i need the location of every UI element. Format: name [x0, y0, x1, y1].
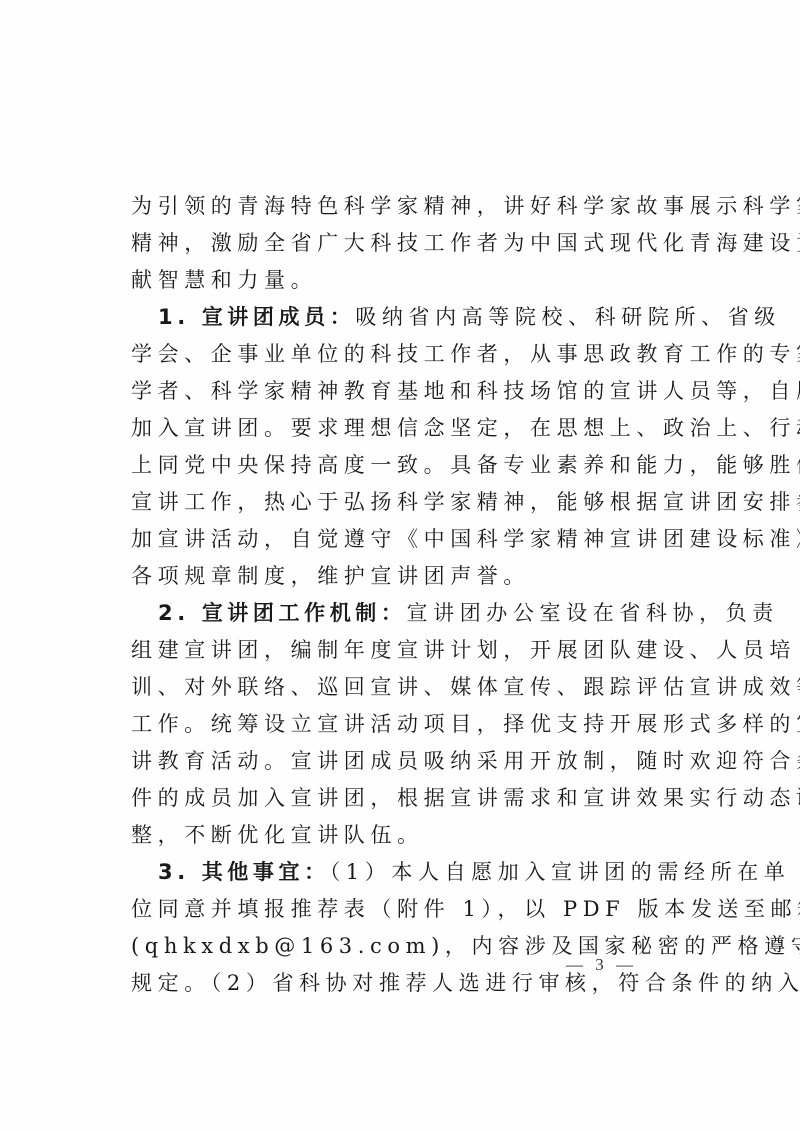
paragraph-section-3: 3. 其他事宜：（1）本人自愿加入宣讲团的需经所在单 位同意并填报推荐表（附件 … — [131, 854, 651, 1002]
text-line: 组建宣讲团，编制年度宣讲计划，开展团队建设、人员培 — [131, 632, 651, 669]
text-line: 学会、企事业单位的科技工作者，从事思政教育工作的专家 — [131, 336, 651, 373]
text-line: 学者、科学家精神教育基地和科技场馆的宣讲人员等，自愿 — [131, 373, 651, 410]
text-line-with-heading: 2. 宣讲团工作机制：宣讲团办公室设在省科协，负责 — [131, 595, 651, 632]
text-line: 宣讲工作，热心于弘扬科学家精神，能够根据宣讲团安排参 — [131, 484, 651, 521]
text-line: 工作。统筹设立宣讲活动项目，择优支持开展形式多样的宣 — [131, 706, 651, 743]
text-line: 整，不断优化宣讲队伍。 — [131, 817, 651, 854]
text-line-with-heading: 1. 宣讲团成员：吸纳省内高等院校、科研院所、省级 — [131, 299, 651, 336]
text-line: 为引领的青海特色科学家精神，讲好科学家故事展示科学家 — [131, 188, 651, 225]
document-body: 为引领的青海特色科学家精神，讲好科学家故事展示科学家 精神，激励全省广大科技工作… — [131, 188, 651, 1002]
text-run: （1）本人自愿加入宣讲团的需经所在单 — [330, 860, 791, 884]
section-heading: 1. 宣讲团成员： — [158, 305, 355, 329]
paragraph-intro-continuation: 为引领的青海特色科学家精神，讲好科学家故事展示科学家 精神，激励全省广大科技工作… — [131, 188, 651, 299]
text-line: 位同意并填报推荐表（附件 1），以 PDF 版本发送至邮箱 — [131, 891, 651, 928]
paragraph-section-1: 1. 宣讲团成员：吸纳省内高等院校、科研院所、省级 学会、企事业单位的科技工作者… — [131, 299, 651, 595]
section-heading: 3. 其他事宜： — [158, 860, 330, 884]
text-line: 训、对外联络、巡回宣讲、媒体宣传、跟踪评估宣讲成效等 — [131, 669, 651, 706]
text-line: 讲教育活动。宣讲团成员吸纳采用开放制，随时欢迎符合条 — [131, 743, 651, 780]
text-line: 件的成员加入宣讲团，根据宣讲需求和宣讲效果实行动态调 — [131, 780, 651, 817]
text-line: 精神，激励全省广大科技工作者为中国式现代化青海建设贡 — [131, 225, 651, 262]
paragraph-section-2: 2. 宣讲团工作机制：宣讲团办公室设在省科协，负责 组建宣讲团，编制年度宣讲计划… — [131, 595, 651, 854]
section-heading: 2. 宣讲团工作机制： — [158, 601, 407, 625]
page-number: — 3 — — [566, 955, 637, 975]
text-run: 吸纳省内高等院校、科研院所、省级 — [355, 305, 781, 329]
text-line: 上同党中央保持高度一致。具备专业素养和能力，能够胜任 — [131, 447, 651, 484]
text-line: 各项规章制度，维护宣讲团声誉。 — [131, 558, 651, 595]
text-line: 加宣讲活动，自觉遵守《中国科学家精神宣讲团建设标准》 — [131, 521, 651, 558]
text-line: 献智慧和力量。 — [131, 262, 651, 299]
document-page: 为引领的青海特色科学家精神，讲好科学家故事展示科学家 精神，激励全省广大科技工作… — [0, 0, 800, 1131]
text-line-with-heading: 3. 其他事宜：（1）本人自愿加入宣讲团的需经所在单 — [131, 854, 651, 891]
text-run: 宣讲团办公室设在省科协，负责 — [407, 601, 779, 625]
text-line: 加入宣讲团。要求理想信念坚定，在思想上、政治上、行动 — [131, 410, 651, 447]
